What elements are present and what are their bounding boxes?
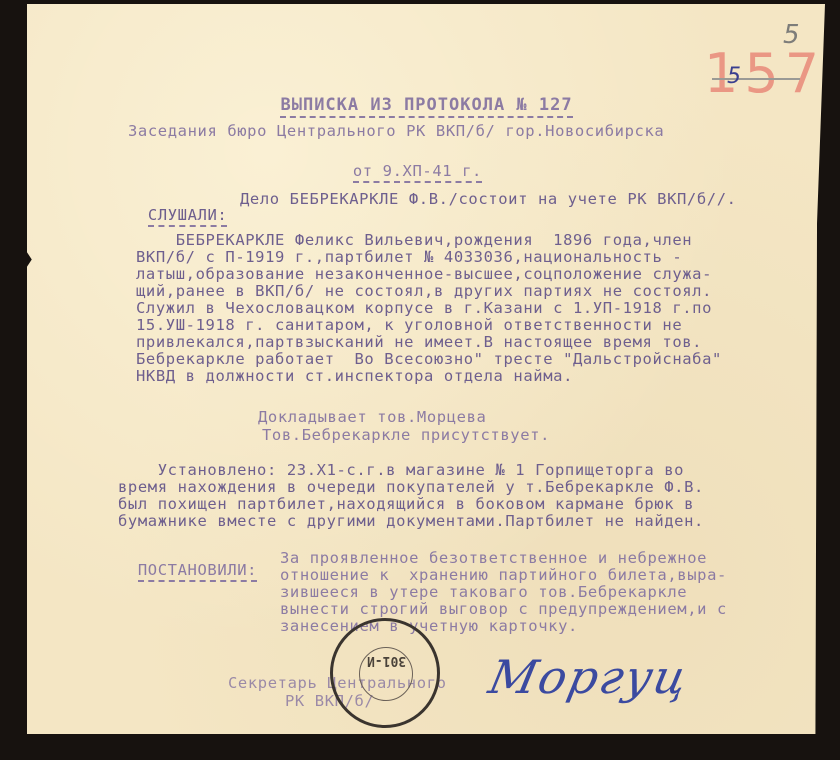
heard-label: СЛУШАЛИ: [128,192,227,223]
reporter-line: Докладывает тов.Морцева [258,410,486,426]
resolved-label: ПОСТАНОВИЛИ: [118,547,257,578]
established-line: Установлено: 23.Х1-с.г.в магазине № 1 Го… [118,463,684,479]
body-line: привлекался,партвзысканий не имеет.В нас… [136,335,702,351]
body-line: щий,ранее в ВКП/б/ не состоял,в других п… [136,284,712,300]
meeting-date: от 9.XП-41 г. [333,148,482,179]
body-line: БЕБРЕКАРКЛЕ Феликс Вильевич,рождения 189… [136,233,692,249]
handwritten-signature: Моргуц [484,650,694,704]
round-seal-stamp: 301-И [330,618,440,728]
heard-text: Дело БЕБРЕКАРКЛЕ Ф.В./состоит на учете Р… [240,192,737,208]
seal-text: 301-И [367,653,406,668]
resolution-line: вынести строгий выговор с предупреждение… [280,602,727,618]
meeting-subtitle: Заседания бюро Центрального РК ВКП/б/ го… [128,124,664,140]
body-line: латыш,образование незаконченное-высшее,с… [136,267,712,283]
meeting-date-text: от 9.XП-41 г. [353,162,482,183]
resolution-line: занесением в учетную карточку. [280,619,578,635]
resolution-line: отношение к хранению партийного билета,в… [280,568,727,584]
body-line: Служил в Чехословацком корпусе в г.Казан… [136,301,712,317]
body-line: ВКП/б/ с П-1919 г.,партбилет № 4033036,н… [136,250,682,266]
body-line: 15.УШ-1918 г. санитаром, к уголовной отв… [136,318,682,334]
resolution-line: зившееся в утере таковаго тов.Бебрекаркл… [280,585,687,601]
established-line: бумажнике вместе с другими документами.П… [118,514,704,530]
body-line: Бебрекаркле работает Во Всесоюзно" трест… [136,352,722,368]
heard-label-text: СЛУШАЛИ: [148,206,227,227]
document-title: ВЫПИСКА ИЗ ПРОТОКОЛА № 127 [258,80,573,114]
present-line: Тов.Бебрекаркле присутствует. [262,428,550,444]
pencil-strike-line [712,78,800,80]
red-archive-number: 157 [704,42,825,105]
body-line: НКВД в должности ст.инспектора отдела на… [136,369,573,385]
established-line: был похищен партбилет,находящийся в боко… [118,497,694,513]
resolution-line: За проявленное безответственное и небреж… [280,551,707,567]
resolved-label-text: ПОСТАНОВИЛИ: [138,561,257,582]
established-line: время нахождения в очереди покупателей у… [118,480,704,496]
blue-ink-number: 5 [727,64,741,89]
document-title-text: ВЫПИСКА ИЗ ПРОТОКОЛА № 127 [280,95,572,118]
